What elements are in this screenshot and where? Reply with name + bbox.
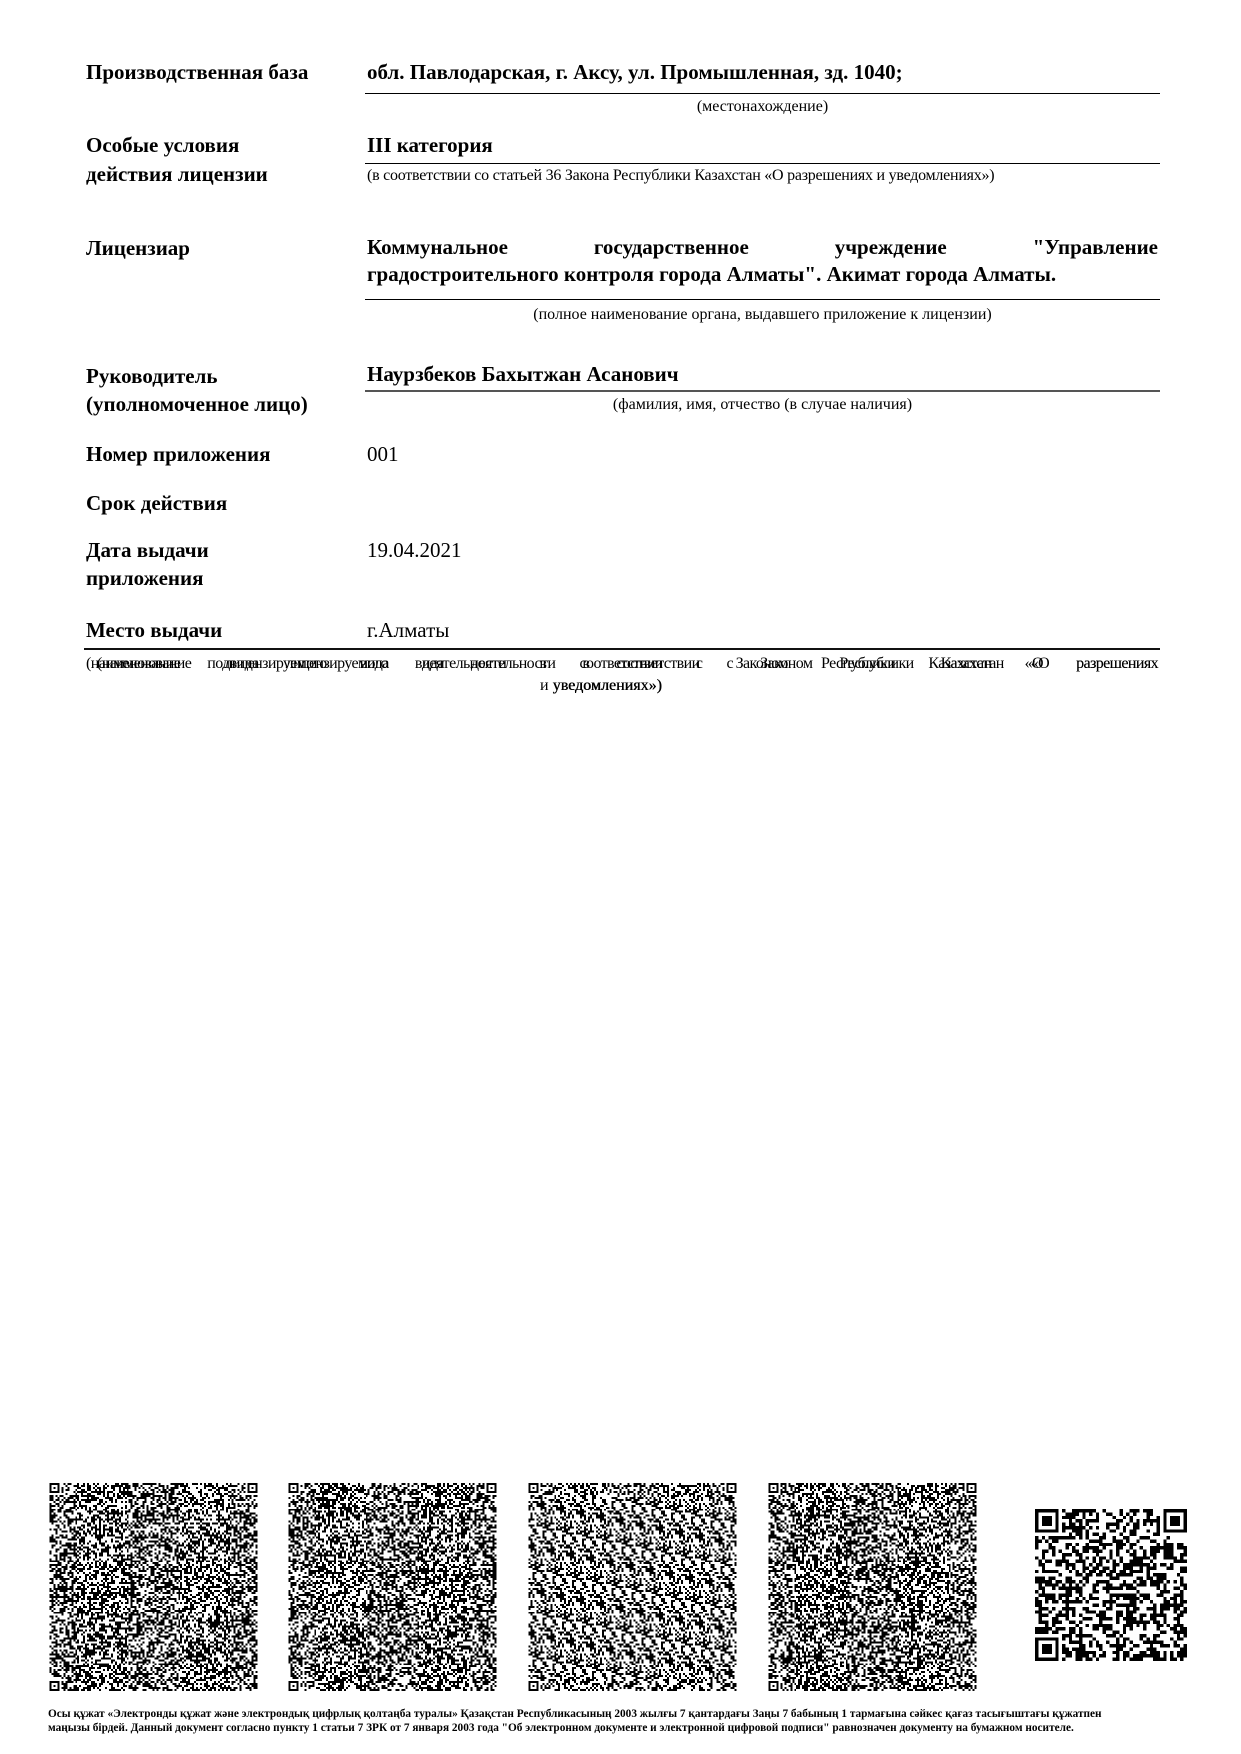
production-base-caption: (местонахождение) [365, 97, 1160, 117]
issue-date-label-line2: приложения [86, 565, 203, 592]
issue-date-label-line1: Дата выдачи [86, 537, 209, 564]
issue-place-caption-type-line1: (наименование лицензируемого вида деятел… [97, 654, 1158, 674]
divider [365, 93, 1160, 94]
qr-code-4 [768, 1483, 977, 1691]
licensor-value-line1: Коммунальное государственное учреждение … [367, 234, 1158, 261]
footer-line-kazakh: Осы құжат «Электронды құжат және электро… [48, 1707, 1204, 1721]
qr-code-3 [528, 1483, 737, 1691]
head-label-line2: (уполномоченное лицо) [86, 391, 308, 418]
divider [365, 163, 1160, 164]
qr-code-2 [288, 1483, 497, 1691]
head-caption: (фамилия, имя, отчество (в случае наличи… [365, 395, 1160, 415]
special-conditions-label-line2: действия лицензии [86, 161, 268, 188]
qr-code-5 [1035, 1508, 1187, 1662]
special-conditions-caption: (в соответствии со статьей 36 Закона Рес… [367, 166, 1160, 186]
licensor-caption: (полное наименование органа, выдавшего п… [365, 305, 1160, 325]
special-conditions-label-line1: Особые условия [86, 132, 239, 159]
divider [365, 299, 1160, 300]
production-base-value: обл. Павлодарская, г. Аксу, ул. Промышле… [367, 59, 903, 86]
issue-place-label: Место выдачи [86, 617, 222, 644]
licensor-value-line2: градостроительного контроля города Алмат… [367, 261, 1056, 288]
legal-footer: Осы құжат «Электронды құжат және электро… [48, 1707, 1204, 1735]
appendix-number-value: 001 [367, 441, 399, 468]
issue-date-value: 19.04.2021 [367, 537, 462, 564]
appendix-number-label: Номер приложения [86, 441, 270, 468]
divider [84, 648, 1160, 650]
footer-line-russian: маңызы бірдей. Данный документ согласно … [48, 1721, 1204, 1735]
head-label-line1: Руководитель [86, 363, 217, 390]
production-base-label: Производственная база [86, 59, 308, 86]
divider [365, 390, 1160, 392]
issue-place-caption-type-line2: уведомлениях») [553, 676, 662, 696]
issue-place-value: г.Алматы [367, 617, 449, 644]
qr-code-1 [49, 1483, 258, 1691]
special-conditions-value: III категория [367, 132, 493, 159]
validity-label: Срок действия [86, 490, 227, 517]
head-value: Наурзбеков Бахытжан Асанович [367, 361, 679, 388]
licensor-label: Лицензиар [86, 235, 190, 262]
